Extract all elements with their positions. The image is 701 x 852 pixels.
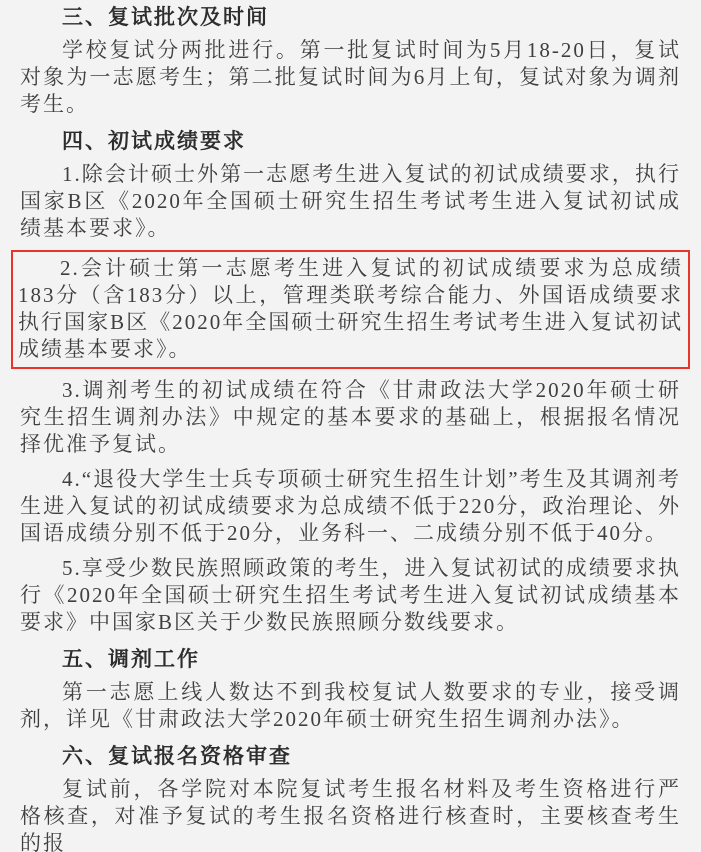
section-heading: 四、初试成绩要求	[20, 128, 681, 155]
document-page: 三、复试批次及时间学校复试分两批进行。第一批复试时间为5月18-20日，复试对象…	[0, 0, 701, 852]
paragraph: 1.除会计硕士外第一志愿考生进入复试的初试成绩要求，执行国家B区《2020年全国…	[20, 161, 681, 242]
section-heading: 三、复试批次及时间	[20, 4, 681, 31]
paragraph: 复试前，各学院对本院复试考生报名材料及考生资格进行严格核查，对准予复试的考生报名…	[20, 776, 681, 852]
section-heading: 六、复试报名资格审查	[20, 743, 681, 770]
paragraph: 3.调剂考生的初试成绩在符合《甘肃政法大学2020年硕士研究生招生调剂办法》中规…	[20, 377, 681, 458]
paragraph: 学校复试分两批进行。第一批复试时间为5月18-20日，复试对象为一志愿考生；第二…	[20, 37, 681, 118]
paragraph: 第一志愿上线人数达不到我校复试人数要求的专业，接受调剂，详见《甘肃政法大学202…	[20, 679, 681, 733]
paragraph: 4.“退役大学生士兵专项硕士研究生招生计划”考生及其调剂考生进入复试的初试成绩要…	[20, 466, 681, 547]
highlight-box: 2.会计硕士第一志愿考生进入复试的初试成绩要求为总成绩183分（含183分）以上…	[11, 250, 690, 369]
section-heading: 五、调剂工作	[20, 646, 681, 673]
paragraph: 5.享受少数民族照顾政策的考生，进入复试初试的成绩要求执行《2020年全国硕士研…	[20, 555, 681, 636]
paragraph: 2.会计硕士第一志愿考生进入复试的初试成绩要求为总成绩183分（含183分）以上…	[18, 255, 683, 363]
